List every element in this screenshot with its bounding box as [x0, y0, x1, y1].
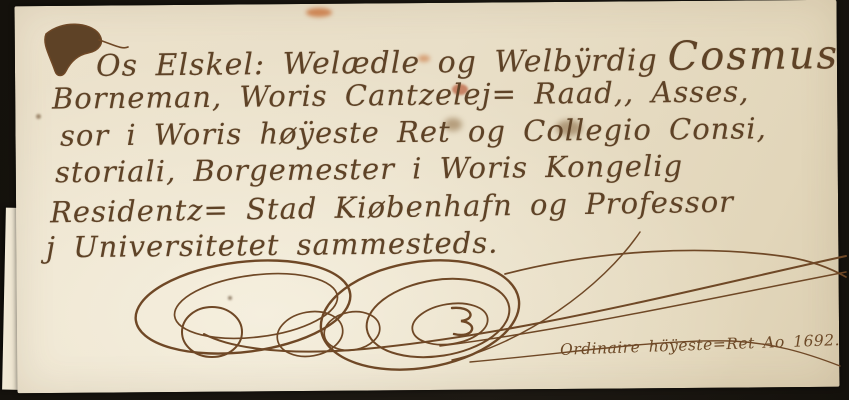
- addressee-name: Cosmus: [667, 32, 839, 80]
- letter-line-5: Residentz= Stad Kiøbenhafn og Professor: [50, 185, 735, 230]
- letter-line-6: j Universitetet sammesteds.: [46, 226, 499, 265]
- letter-line-2: Borneman, Woris Cantzelej= Raad,, Asses,: [52, 74, 750, 115]
- handwritten-text: Os Elskel: Welædle og WelbÿrdigCosmus Bo…: [0, 0, 849, 400]
- archival-year-note: Ordinaire höÿeste=Ret Ao 1692.: [560, 331, 841, 359]
- letter-line-3: sor i Woris høÿeste Ret og Collegio Cons…: [60, 111, 767, 152]
- letter-line-4: storiali, Borgemester i Woris Kongelig: [55, 149, 683, 190]
- manuscript-scan: Os Elskel: Welædle og WelbÿrdigCosmus Bo…: [0, 0, 849, 400]
